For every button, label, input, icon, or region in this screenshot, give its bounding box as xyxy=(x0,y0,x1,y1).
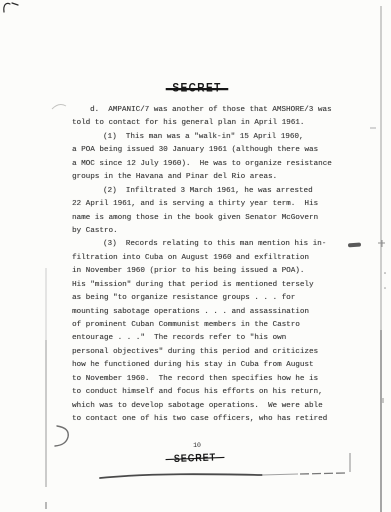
text-line: 22 April 1961, and is serving a thirty y… xyxy=(72,200,391,213)
text-line: personal objectives" during this period … xyxy=(72,348,391,361)
text-line: mounting sabotage operations . . . and a… xyxy=(72,308,391,321)
classification-stamp-bottom: SECRET xyxy=(157,451,233,466)
text-line: to November 1960. The record then specif… xyxy=(72,375,391,388)
handwritten-corner-mark xyxy=(4,3,18,12)
text-line: (3) Records relating to this man mention… xyxy=(72,240,391,253)
text-line: by Castro. xyxy=(72,227,391,240)
text-line: groups in the Havana and Pinar del Rio a… xyxy=(72,173,391,186)
page-number: 10 xyxy=(157,442,237,449)
text-line: d. AMPANIC/7 was another of those that A… xyxy=(72,106,391,119)
text-line: to contact one of his two case officers,… xyxy=(72,415,391,428)
text-line: of prominent Cuban Communist members in … xyxy=(72,321,391,334)
stamp-strikethrough-line xyxy=(166,88,229,90)
bottom-rule-main xyxy=(100,474,262,478)
bottom-rule-dashed xyxy=(300,473,345,474)
text-line: how he functioned during his stay in Cub… xyxy=(72,361,391,374)
text-line: told to contact for his general plan in … xyxy=(72,119,391,132)
text-line: His "mission" during that period is ment… xyxy=(72,281,391,294)
handwritten-paren-mark xyxy=(55,426,68,446)
text-line: which was to develop sabotage operations… xyxy=(72,402,391,415)
text-line: entourage . . ." The records refer to "h… xyxy=(72,334,391,347)
text-line: name is among those in the book given Se… xyxy=(72,214,391,227)
text-line: to conduct himself and focus his efforts… xyxy=(72,388,391,401)
body-lines: d. AMPANIC/7 was another of those that A… xyxy=(72,106,391,429)
text-line: (1) This man was a "walk-in" 15 April 19… xyxy=(72,133,391,146)
text-line: a POA being issued 30 January 1961 (alth… xyxy=(72,146,391,159)
faint-pencil-mark xyxy=(52,105,66,109)
classification-stamp-top: SECRET xyxy=(160,81,234,94)
text-line: in November 1960 (prior to his being iss… xyxy=(72,267,391,280)
document-page: SECRET d. AMPANIC/7 was another of those… xyxy=(0,0,391,512)
text-line: filtration into Cuba on August 1960 and … xyxy=(72,254,391,267)
text-line: (2) Infiltrated 3 March 1961, he was arr… xyxy=(72,187,391,200)
bottom-rule-faint xyxy=(262,474,298,475)
text-line: a MOC since 12 July 1960). He was to org… xyxy=(72,160,391,173)
text-line: as being "to organize resistance groups … xyxy=(72,294,391,307)
